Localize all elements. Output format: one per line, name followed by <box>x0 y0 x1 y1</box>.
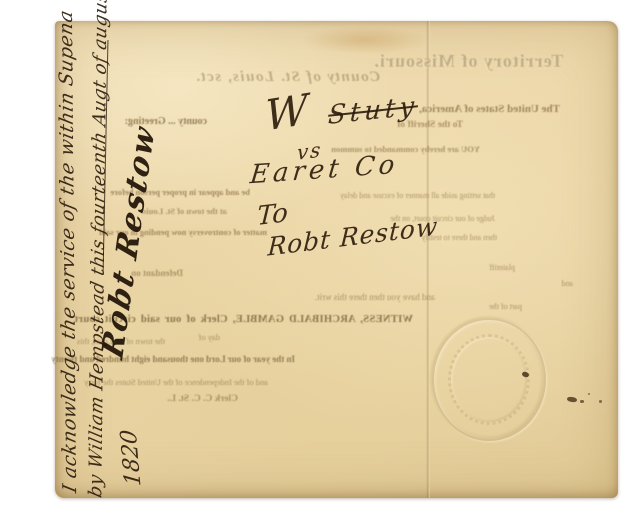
bleedthrough-and-word: and <box>553 280 573 288</box>
scanned-document: Territory of Missouri. County of St. Lou… <box>0 0 640 526</box>
docket-company-name: Earet Co <box>249 152 400 189</box>
bleedthrough-territory-heading: Territory of Missouri. <box>362 52 563 70</box>
bleedthrough-county-line: County of St. Louis, sct. <box>177 70 380 85</box>
embossed-seal <box>432 318 546 441</box>
bleedthrough-writ-line: and have you then there this writ. <box>263 293 435 302</box>
acknowledgment-block: I acknowledge the service of the within … <box>57 25 189 500</box>
ink-speck <box>588 393 590 395</box>
paper-sheet: Territory of Missouri. County of St. Lou… <box>55 21 618 498</box>
acknowledgment-line-1: I acknowledge the service of the within … <box>57 8 80 494</box>
docket-to-label: To <box>256 200 288 230</box>
docket-initial: W <box>265 88 308 137</box>
bleedthrough-day-of-line: day of <box>188 333 220 342</box>
acknowledgment-year: 1820 <box>118 429 145 487</box>
ink-speck <box>580 400 584 403</box>
embossed-seal-inner-ring <box>448 334 530 425</box>
bleedthrough-plaintiff-word: plaintiff <box>470 264 515 272</box>
bleedthrough-part-of-line: part of the <box>477 303 522 311</box>
fold-crease <box>426 21 430 498</box>
docket-addressee-name: Robt Restow <box>267 213 439 259</box>
ink-speck <box>567 396 578 402</box>
bleedthrough-setting-aside-line: that setting aside all manner of excuse … <box>350 192 495 200</box>
ink-speck <box>599 400 602 403</box>
